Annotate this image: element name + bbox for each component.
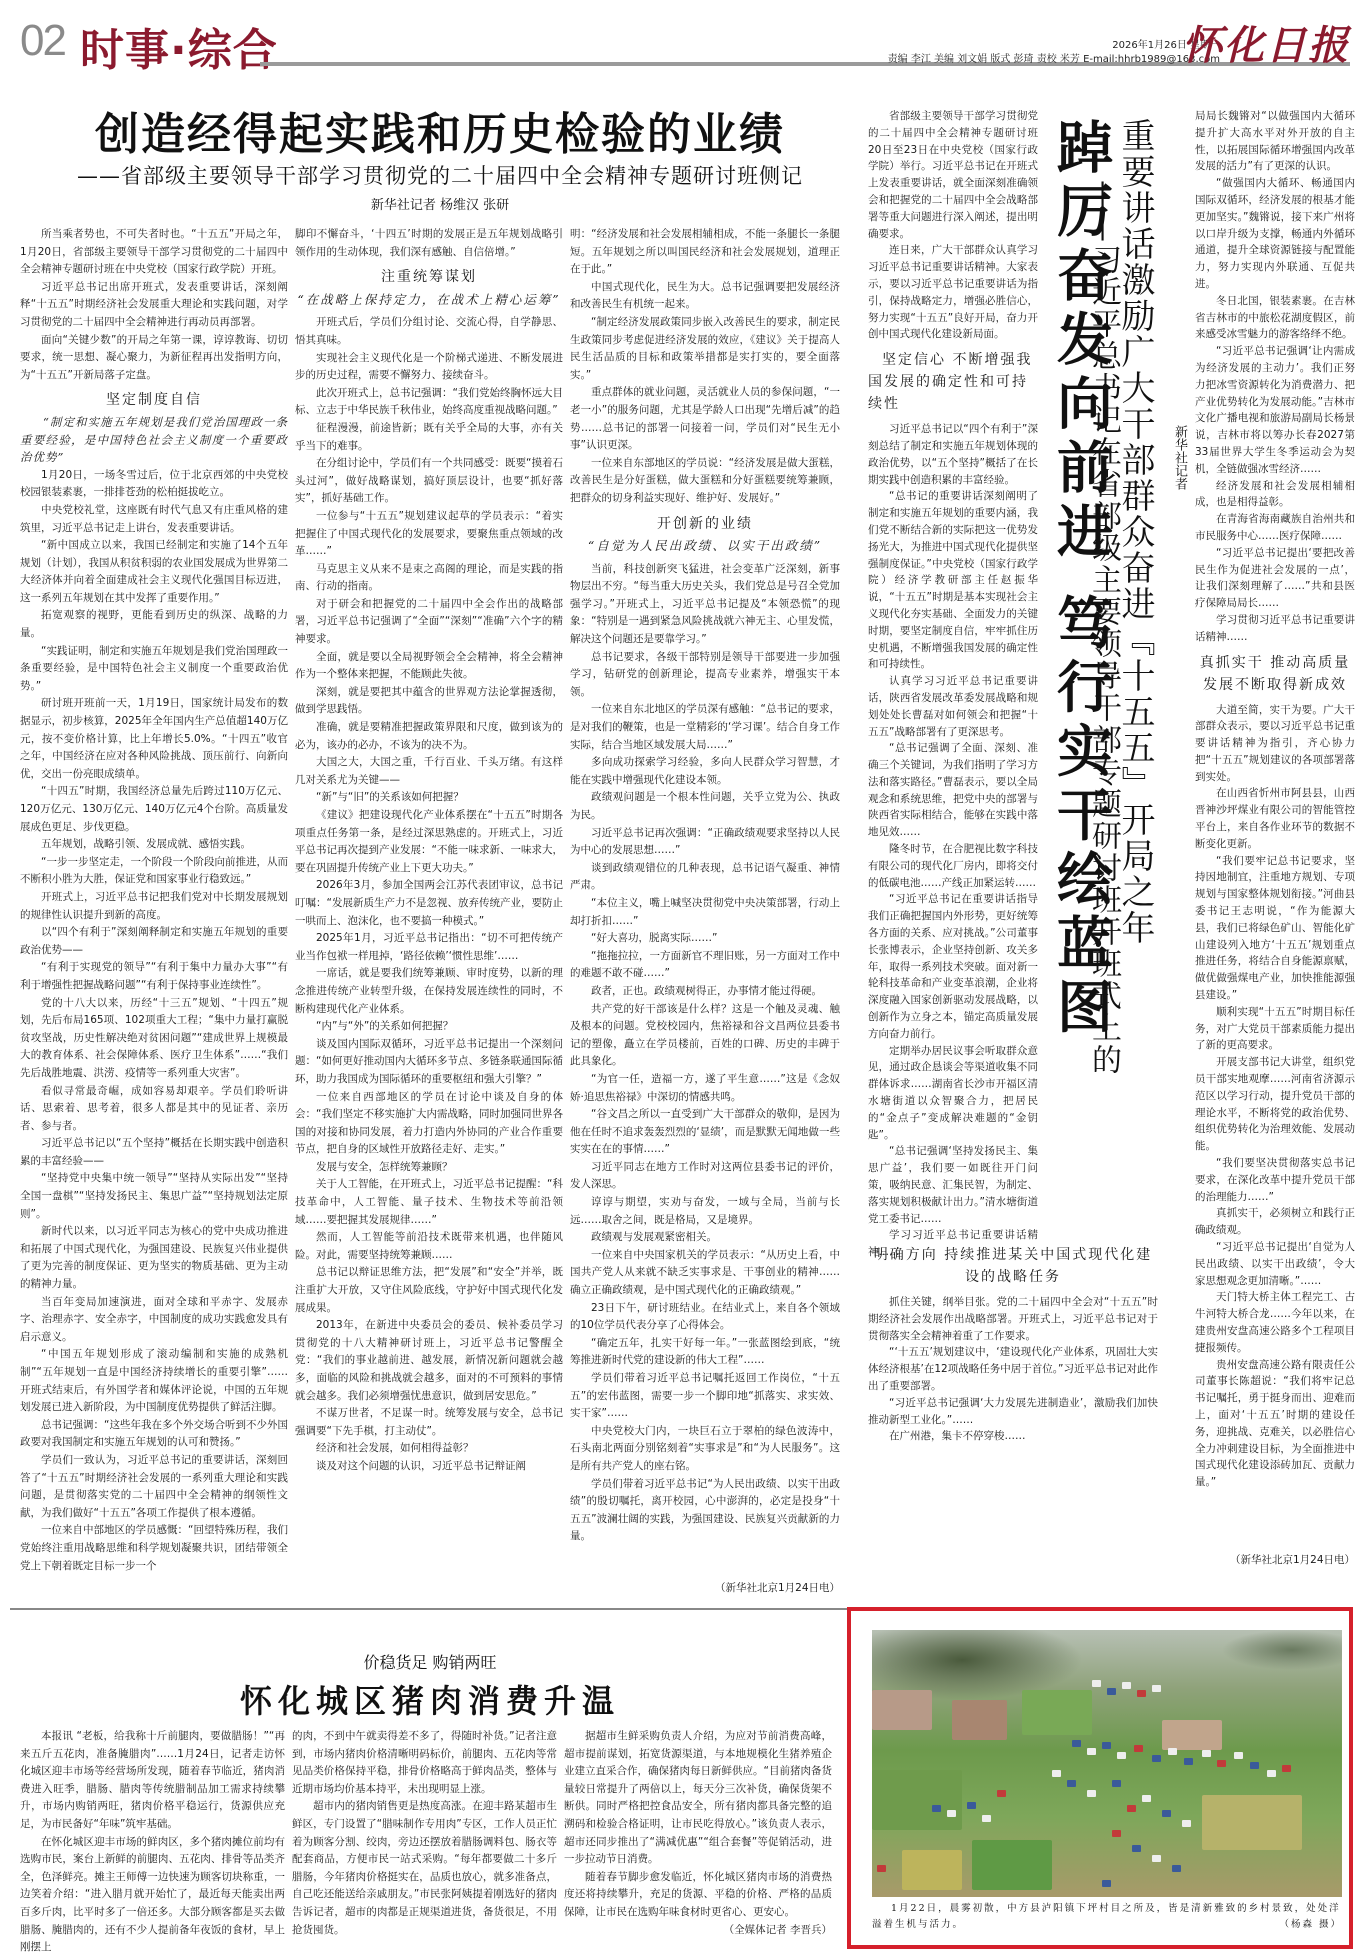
paragraph: 总书记以辩证思维方法，把“发展”和“安全”并举，既注重扩大开放，又守住风险底线，… xyxy=(295,1264,563,1317)
photo-frame: 1月22日，晨雾初散，中方县泸阳镇下坪村目之所及，皆是清新雅致的乡村景致，处处洋… xyxy=(847,1607,1353,1949)
paragraph: 连日来，广大干部群众认真学习习近平总书记重要讲话精神。大家表示，要以习近平总书记… xyxy=(868,242,1038,343)
paragraph: 政者，正也。政绩观树得正，办事情才能过得硬。 xyxy=(570,983,840,1001)
paragraph: 中国式现代化，民生为大。总书记强调要把发展经济和改善民生有机统一起来。 xyxy=(570,279,840,314)
paragraph: “好大喜功，脱离实际……” xyxy=(570,930,840,948)
paragraph: “实践证明，制定和实施五年规划是我们党治国理政一条重要经验，是中国特色社会主义制… xyxy=(20,643,288,696)
section-quote: “在战略上保持定力，在战术上精心运筹” xyxy=(295,291,563,309)
lead-column-3: 明：“经济发展和社会发展相辅相成，不能一条腿长一条腿短。五年规划之所以叫国民经济… xyxy=(570,226,840,1596)
vertical-deck: ——习近平总书记在省部级主要领导干部专题研讨班开班式上的 xyxy=(1088,180,1118,1076)
vertical-article-column-1-lower: 明确方向 持续推进某关中国式现代化建设的战略任务 抓住关键，纲举目张。党的二十届… xyxy=(868,1238,1158,1578)
paragraph: 经济和社会发展，如何相得益彰？ xyxy=(295,1440,563,1458)
section-heading: 明确方向 持续推进某关中国式现代化建设的战略任务 xyxy=(868,1244,1158,1288)
paragraph: 重点群体的就业问题，灵活就业人员的参保问题，“一老一小”的服务问题，尤其是学龄人… xyxy=(570,384,840,454)
photo-caption-box: 1月22日，晨雾初散，中方县泸阳镇下坪村目之所及，皆是清新雅致的乡村景致，处处洋… xyxy=(872,1901,1342,1933)
paragraph: 一位来自东部地区的学员说：“经济发展是做大蛋糕，改善民生是分好蛋糕，做大蛋糕和分… xyxy=(570,455,840,508)
newspaper-logo: 怀化日报 xyxy=(1182,14,1350,71)
pork-signoff: （全媒体记者 李晋兵） xyxy=(564,1922,832,1940)
section-heading: 真抓实干 推动高质量发展不断取得新成效 xyxy=(1195,652,1355,696)
paragraph: 政绩观与发展观紧密相关。 xyxy=(570,1229,840,1247)
paragraph: 马克思主义从来不是束之高阁的理论，而是实践的指南、行动的指南。 xyxy=(295,561,563,596)
paragraph: 谈及国内国际双循环，习近平总书记提出一个深刻问题：“如何更好推动国内大循环多节点… xyxy=(295,1036,563,1089)
paragraph: 一位来自中央国家机关的学员表示：“从历史上看，中国共产党人从来就不缺乏实事求是、… xyxy=(570,1247,840,1300)
paragraph: 《建议》把建设现代化产业体系摆在“十五五”时期各项重点任务第一条，是经过深思熟虑… xyxy=(295,807,563,877)
paragraph: “十四五”时期，我国经济总量先后跨过110万亿元、120万亿元、130万亿元、1… xyxy=(20,783,288,836)
paragraph: 面向“关键少数”的开局之年第一课，谆谆教诲、切切要求，统一思想、凝心聚力，为新征… xyxy=(20,332,288,385)
paragraph: “新中国成立以来，我国已经制定和实施了14个五年规划（计划），我国从积贫积弱的农… xyxy=(20,537,288,607)
vertical-byline: 新华社记者 xyxy=(1170,425,1189,490)
lead-signoff-box: （新华社北京1月24日电） xyxy=(570,1580,840,1600)
paragraph: 看似寻常最奇崛，成如容易却艰辛。学员们聆听讲话、思索着、思考着，很多人都是其中的… xyxy=(20,1083,288,1136)
paragraph: 天门特大桥主体工程完工、古牛河特大桥合龙……今年以来，在建贵州安盘高速公路多个工… xyxy=(1195,1289,1355,1356)
section-heading: 坚定信心 不断增强我国发展的确定性和可持续性 xyxy=(868,349,1038,415)
field-patch xyxy=(972,1840,1052,1890)
paragraph: 征程漫漫，前途皆新；既有关乎全局的大事，亦有关乎当下的难事。 xyxy=(295,420,563,455)
section-heading: 注重统筹谋划 xyxy=(295,269,563,287)
paragraph: “做强国内大循环、畅通国内国际双循环，经济发展的根基才能更加坚实。”魏锵说，接下… xyxy=(1195,175,1355,293)
paragraph: “中国五年规划形成了滚动编制和实施的成熟机制”“五年规划一直是中国经济持续增长的… xyxy=(20,1346,288,1416)
paragraph: 隆冬时节，在合肥视比数字科技有限公司的现代化厂房内，即将交付的低碳电池……产线正… xyxy=(868,841,1038,891)
field-patch xyxy=(872,1690,932,1730)
paragraph: 谈到政绩观错位的几种表现，总书记语气凝重、神情严肃。 xyxy=(570,860,840,895)
paragraph: 谆谆与期望，实劝与奋发，一域与全局，当前与长远……取舍之间，既是格局，又是境界。 xyxy=(570,1194,840,1229)
section-heading: 开创新的业绩 xyxy=(570,516,840,534)
paragraph: “‘十五五’规划建议中，‘建设现代化产业体系，巩固壮大实体经济根基’在12项战略… xyxy=(868,1344,1158,1394)
field-patch xyxy=(1162,1720,1222,1750)
masthead: 02 时事·综合 2026年1月26日 星期一 责编 李江 美编 刘文娟 版式 … xyxy=(20,10,1350,66)
field-patch xyxy=(1202,1795,1302,1850)
section-name: 时事·综合 xyxy=(80,14,278,78)
pork-headline: 怀化城区猪肉消费升温 xyxy=(20,1676,840,1722)
paragraph: 顺利实现“十五五”时期目标任务，对广大党员干部素质能力提出了新的更高要求。 xyxy=(1195,1004,1355,1054)
paragraph: 全面，就是要以全局视野领会全会精神，将全会精神作为一个整体来把握，不能顾此失彼。 xyxy=(295,649,563,684)
paragraph: 超市内的猪肉销售更是热度高涨。在迎丰路某超市生鲜区，专门设置了“腊味制作专用肉”… xyxy=(292,1798,557,1939)
paragraph: 大国之大，大国之重，千行百业、千头万绪。有这样几对关系尤为关键—— xyxy=(295,754,563,789)
paragraph: 学习贯彻习近平总书记重要讲话精神…… xyxy=(1195,612,1355,646)
pork-kicker: 价稳货足 购销两旺 xyxy=(20,1650,840,1673)
vertical-signoff: （新华社北京1月24日电） xyxy=(1195,1552,1355,1570)
paragraph: 总书记强调：“这些年我在多个外交场合听到不少外国政要对我国制定和实施五年规划的认… xyxy=(20,1417,288,1452)
paragraph: 新时代以来，以习近平同志为核心的党中央成功推进和拓展了中国式现代化，为强国建设、… xyxy=(20,1223,288,1293)
paragraph: 政绩观问题是一个根本性问题，关乎立党为公、执政为民。 xyxy=(570,789,840,824)
paragraph: “本位主义，嘴上喊坚决贯彻党中央决策部署，行动上却打折扣……” xyxy=(570,895,840,930)
paragraph: 当百年变局加速演进，面对全球和平赤字、发展赤字、治理赤字、安全赤字，中国制度的成… xyxy=(20,1294,288,1347)
paragraph: 五年规划，战略引领、发展成就、感悟实践。 xyxy=(20,836,288,854)
paragraph: 定期举办居民议事会听取群众意见，通过政企恳谈会等渠道收集不同群体诉求……湖南省长… xyxy=(868,1043,1038,1144)
paragraph: 深刻，就是要把其中蕴含的世界观方法论掌握透彻，做到学思践悟。 xyxy=(295,684,563,719)
paragraph: “新”与“旧”的关系该如何把握？ xyxy=(295,789,563,807)
paragraph: “习近平总书记强调‘让内需成为经济发展的主动力’。我们正努力把冰雪资源转化为消费… xyxy=(1195,343,1355,477)
editor-credits: 责编 李江 美编 刘文娟 版式 彭琦 责校 米芳 E-mail:hhrb1989… xyxy=(888,50,1220,65)
pork-column-2: 的肉，不到中午就卖得差不多了，得随时补货。”记者注意到，市场内猪肉价格清晰明码标… xyxy=(292,1728,557,1953)
paragraph: 然而，人工智能等前沿技术既带来机遇，也伴随风险。对此，需要坚持统筹兼顾…… xyxy=(295,1229,563,1264)
paragraph: 的肉，不到中午就卖得差不多了，得随时补货。”记者注意到，市场内猪肉价格清晰明码标… xyxy=(292,1728,557,1798)
paragraph: “习近平总书记在重要讲话指导我们正确把握国内外形势，更好统筹各方面的关系、应对挑… xyxy=(868,891,1038,1042)
field-patch xyxy=(902,1850,962,1890)
paragraph: 拓宽观察的视野，更能看到历史的纵深、战略的力量。 xyxy=(20,607,288,642)
paragraph: 在怀化城区迎丰市场的鲜肉区，多个猪肉摊位前均有选购市民，案台上新鲜的前腿肉、五花… xyxy=(20,1834,285,1953)
paragraph: 在山西省忻州市阿县县，山西晋神沙坪煤业有限公司的智能管控平台上，来自各作业环节的… xyxy=(1195,785,1355,852)
vertical-kicker: 重要讲话激励广大干部群众奋进『十五五』开局之年 xyxy=(1118,118,1152,946)
paragraph: 党的十八大以来，历经“十三五”规划、“十四五”规划，先后布局165项、102项重… xyxy=(20,995,288,1083)
section-quote: “制定和实施五年规划是我们党治国理政一条重要经验，是中国特色社会主义制度一个重要… xyxy=(20,414,288,467)
paragraph: 总书记要求，各级干部特别是领导干部要进一步加强学习，钻研党的创新理论，提高专业素… xyxy=(570,649,840,702)
paragraph: 共产党的好干部该是什么样？这是一个触及灵魂、触及根本的问题。党校校园内，焦裕禄和… xyxy=(570,1001,840,1071)
paragraph: 实现社会主义现代化是一个阶梯式递进、不断发展进步的历史过程，需要不懈努力、接续奋… xyxy=(295,350,563,385)
paragraph: “拖拖拉拉，一方面新官不理旧账，另一方面对工作中的难题不敢不碰……” xyxy=(570,948,840,983)
field-patch xyxy=(952,1700,1007,1740)
paragraph: “总书记强调了全面、深刻、准确三个关键词，为我们指明了学习方法和落实路径。”曹磊… xyxy=(868,740,1038,841)
lead-byline: 新华社记者 杨维汉 张研 xyxy=(20,194,860,213)
pork-column-1: 本报讯 “老板，给我称十斤前腿肉，要做腊肠！”“再来五斤五花肉，准备腌腊肉”……… xyxy=(20,1728,285,1953)
paragraph: 1月20日，一场冬雪过后，位于北京西郊的中央党校校园银装素裹，一排排苍劲的松柏挺… xyxy=(20,467,288,502)
paragraph: 随着春节脚步愈发临近，怀化城区猪肉市场的消费热度还将持续攀升，充足的货源、平稳的… xyxy=(564,1869,832,1922)
paragraph: “总书记的重要讲话深刻阐明了制定和实施五年规划的重要内涵，我们党不断结合新的实际… xyxy=(868,488,1038,673)
paragraph: 关于人工智能，在开班式上，习近平总书记提醒：“科技革命中，人工智能、量子技术、生… xyxy=(295,1176,563,1229)
paragraph: 在分组讨论中，学员们有一个共同感受：既要“摸着石头过河”，做好战略谋划，搞好顶层… xyxy=(295,455,563,508)
paragraph: 局局长魏锵对“以做强国内大循环提升扩大高水平对外开放的自主性，以拓展国际循环增强… xyxy=(1195,108,1355,175)
paragraph: 学员们带着习近平总书记“为人民出政绩、以实干出政绩”的殷切嘱托，离开校园，心中澎… xyxy=(570,1476,840,1546)
paragraph: 一位来自东北地区的学员深有感触：“总书记的要求，是对我们的鞭策，也是一堂精彩的‘… xyxy=(570,701,840,754)
paragraph: 认真学习习近平总书记重要讲话，陕西省发展改革委发展战略和规划处处长曹磊对如何领会… xyxy=(868,673,1038,740)
paragraph: 习近平总书记再次强调：“正确政绩观要求坚持以人民为中心的发展思想……” xyxy=(570,825,840,860)
paragraph: 明：“经济发展和社会发展相辅相成，不能一条腿长一条腿短。五年规划之所以叫国民经济… xyxy=(570,226,840,279)
paragraph: 发展与安全，怎样统筹兼顾？ xyxy=(295,1159,563,1177)
paragraph: 习近平总书记以“四个有利于”深刻总结了制定和实施五年规划体现的政治优势，以“五个… xyxy=(868,421,1038,488)
paragraph: 23日下午，研讨班结业。在结业式上，来自各个领域的10位学员代表分享了心得体会。 xyxy=(570,1300,840,1335)
paragraph: “内”与“外”的关系如何把握？ xyxy=(295,1018,563,1036)
paragraph: 在青海省海南藏族自治州共和市民服务中心……医疗保障…… xyxy=(1195,511,1355,545)
paragraph: 真抓实干，必须树立和践行正确政绩观。 xyxy=(1195,1205,1355,1239)
lead-headline: 创造经得起实践和历史检验的业绩 xyxy=(20,98,860,162)
paragraph: 习近平总书记出席开班式，发表重要讲话，深刻阐释“十五五”时期经济社会发展重大理论… xyxy=(20,279,288,332)
paragraph: 中央党校大门内，一块巨石立于翠柏的绿色波涛中，石头南北两面分别铭刻着“实事求是”… xyxy=(570,1423,840,1476)
paragraph: 2025年1月，习近平总书记指出：“切不可把传统产业当作包袱一样甩掉，‘路径依赖… xyxy=(295,930,563,965)
paragraph: 中央党校礼堂，这座既有时代气息又有庄重风格的建筑里，习近平总书记走上讲台，发表重… xyxy=(20,502,288,537)
paragraph: 2013年，在新进中央委员会的委员、候补委员学习贯彻党的十八大精神研讨班上，习近… xyxy=(295,1317,563,1405)
field-patch xyxy=(1022,1690,1092,1735)
paragraph: 抓住关键，纲举目张。党的二十届四中全会对“十五五”时期经济社会发展作出战略部署。… xyxy=(868,1294,1158,1344)
paragraph: 开展支部书记大讲堂，组织党员干部实地观摩……河南省济源示范区以学习行动，提升党员… xyxy=(1195,1054,1355,1155)
paragraph: 冬日北国，银装素裹。在吉林省吉林市的中旅松花湖度假区，前来感受冰雪魅力的游客络绎… xyxy=(1195,293,1355,343)
paragraph: 以“四个有利于”深刻阐释制定和实施五年规划的重要政治优势—— xyxy=(20,924,288,959)
paragraph: 准确，就是要精准把握政策界限和尺度，做到该为的必为，该办的必办，不该为的决不为。 xyxy=(295,719,563,754)
paragraph: 本报讯 “老板，给我称十斤前腿肉，要做腊肠！”“再来五斤五花肉，准备腌腊肉”……… xyxy=(20,1728,285,1834)
paragraph: 习近平同志在地方工作时对这两位县委书记的评价，发人深思。 xyxy=(570,1159,840,1194)
paragraph: “总书记强调‘坚持发扬民主、集思广益’，我们要一如既往开门问策，吸纳民意、汇集民… xyxy=(868,1143,1038,1227)
paragraph: 贵州安盘高速公路有限责任公司董事长陈超说：“我们将牢记总书记嘱托，勇于挺身而出、… xyxy=(1195,1357,1355,1491)
paragraph: 学员们带着习近平总书记嘱托返回工作岗位，“十五五”的宏伟蓝图，需要一步一个脚印地… xyxy=(570,1370,840,1423)
field-patch xyxy=(872,1770,962,1830)
paragraph: “习近平总书记提出‘自觉为人民出政绩、以实干出政绩’，令大家思想观念更加清晰。”… xyxy=(1195,1239,1355,1289)
paragraph: 脚印不懈奋斗，‘十四五’时期的发展正是五年规划战略引领作用的生动体现，我们深有感… xyxy=(295,226,563,261)
lead-signoff: （新华社北京1月24日电） xyxy=(570,1580,840,1598)
paragraph: 多向成功探索学习经验，多向人民群众学习智慧，才能在实践中增强现代化建设本领。 xyxy=(570,754,840,789)
paragraph: 学员们一致认为，习近平总书记的重要讲话，深刻回答了“十五五”时期经济社会发展的一… xyxy=(20,1452,288,1522)
paragraph: “制定经济发展政策同步嵌入改善民生的要求，制定民生政策同步考虑促进经济发展的效应… xyxy=(570,314,840,384)
lead-subtitle: ——省部级主要领导干部学习贯彻党的二十届四中全会精神专题研讨班侧记 xyxy=(20,160,860,190)
paragraph: 一位来自中部地区的学员感慨：“回望特殊历程，我们党始终注重用战略思维和科学规划凝… xyxy=(20,1522,288,1575)
vertical-article-column-2: 局局长魏锵对“以做强国内大循环提升扩大高水平对外开放的自主性，以拓展国际循环增强… xyxy=(1195,108,1355,1548)
paragraph: 省部级主要领导干部学习贯彻党的二十届四中全会精神专题研讨班20日至23日在中央党… xyxy=(868,108,1038,242)
paragraph: “确定五年，扎实干好每一年。”一张蓝图绘到底，“统筹推进新时代党的建设新的伟大工… xyxy=(570,1335,840,1370)
section-divider xyxy=(10,1608,850,1610)
paragraph: 一席话，就是要我们统筹兼顾、审时度势，以新的理念推进传统产业转型升级，在保持发展… xyxy=(295,965,563,1018)
paragraph: 谈及对这个问题的认识，习近平总书记辩证阐 xyxy=(295,1458,563,1476)
paragraph: “我们要牢记总书记要求，坚持因地制宜，注重地方规划、专项规划与国家整体规划衔接。… xyxy=(1195,853,1355,1004)
paragraph: 开班式后，学员们分组讨论、交流心得，自学静思、悟其真味。 xyxy=(295,314,563,349)
paragraph: 习近平总书记以“五个坚持”概括在长期实践中创造积累的丰富经验—— xyxy=(20,1135,288,1170)
paragraph: “习近平总书记提出‘要把改善民生作为促进社会发展的一点’，让我们深刻理解了……”… xyxy=(1195,545,1355,612)
paragraph: 大道至简，实干为要。广大干部群众表示，要以习近平总书记重要讲话精神为指引，齐心协… xyxy=(1195,702,1355,786)
paragraph: 此次开班式上，总书记强调：“我们党始终胸怀远大目标、立志于中华民族千秋伟业，始终… xyxy=(295,385,563,420)
paragraph: “我们要坚决贯彻落实总书记要求，在深化改革中提升党员干部的治理能力……” xyxy=(1195,1155,1355,1205)
paragraph: 开班式上，习近平总书记把我们党对中长期发展规划的规律性认识提升到新的高度。 xyxy=(20,889,288,924)
paragraph: 对于研会和把握党的二十届四中全会作出的战略部署，习近平总书记强调了“全面”“深刻… xyxy=(295,596,563,649)
paragraph: 经济发展和社会发展相辅相成，也是相得益彰。 xyxy=(1195,478,1355,512)
paragraph: “有利于实现党的领导”“有利于集中力量办大事”“有利于增强性把握战略问题”“有利… xyxy=(20,959,288,994)
village-aerial-photo xyxy=(872,1630,1342,1897)
paragraph: 所当乘者势也，不可失者时也。“十五五”开局之年，1月20日，省部级主要领导干部学… xyxy=(20,226,288,279)
paragraph: “习近平总书记强调‘大力发展先进制造业’，激励我们加快推动新型工业化。”…… xyxy=(868,1395,1158,1429)
paragraph: 一位参与“十五五”规划建议起草的学员表示：“着实把握住了中国式现代化的发展要求，… xyxy=(295,508,563,561)
paragraph: 研讨班开班前一天，1月19日，国家统计局发布的数据显示，初步核算，2025年全年… xyxy=(20,695,288,783)
section-heading: 坚定制度自信 xyxy=(20,392,288,410)
paragraph: 不谋万世者，不足谋一时。统筹发展与安全，总书记强调要“下先手棋，打主动仗”。 xyxy=(295,1405,563,1440)
paragraph: “谷文昌之所以一直受到广大干部群众的敬仰，是因为他在任时不追求轰轰烈烈的‘显绩’… xyxy=(570,1106,840,1159)
paragraph: 据超市生鲜采购负责人介绍，为应对节前消费高峰，超市提前谋划，拓宽货源渠道，与本地… xyxy=(564,1728,832,1869)
vertical-signoff-box: （新华社北京1月24日电） xyxy=(1195,1552,1355,1572)
paragraph: “坚持党中央集中统一领导”“坚持从实际出发”“坚持全国一盘棋”“坚持发扬民主、集… xyxy=(20,1170,288,1223)
lead-column-1: 所当乘者势也，不可失者时也。“十五五”开局之年，1月20日，省部级主要领导干部学… xyxy=(20,226,288,1596)
paragraph: “为官一任，造福一方，遂了平生意……”这是《念奴娇·追思焦裕禄》中深切的情感共鸣… xyxy=(570,1071,840,1106)
page-number: 02 xyxy=(20,16,65,66)
paragraph: “一步一步坚定走，一个阶段一个阶段向前推进，从而不断积小胜为大胜，保证党和国家事… xyxy=(20,854,288,889)
paragraph: 2026年3月，参加全国两会江苏代表团审议，总书记叮嘱：“发展新质生产力不是忽视… xyxy=(295,877,563,930)
section-quote: “自觉为人民出政绩、以实干出政绩” xyxy=(570,537,840,555)
paragraph: 一位来自西部地区的学员在讨论中谈及自身的体会：“我们坚定不移实施扩大内需战略，同… xyxy=(295,1089,563,1159)
lead-column-2: 脚印不懈奋斗，‘十四五’时期的发展正是五年规划战略引领作用的生动体现，我们深有感… xyxy=(295,226,563,1596)
pork-column-3: 据超市生鲜采购负责人介绍，为应对节前消费高峰，超市提前谋划，拓宽货源渠道，与本地… xyxy=(564,1728,832,1953)
paragraph: 在广州港，集卡不停穿梭…… xyxy=(868,1428,1158,1445)
paragraph: 当前，科技创新突飞猛进，社会变革广泛深刻，新事物层出不穷。“每当重大历史关头，我… xyxy=(570,561,840,649)
